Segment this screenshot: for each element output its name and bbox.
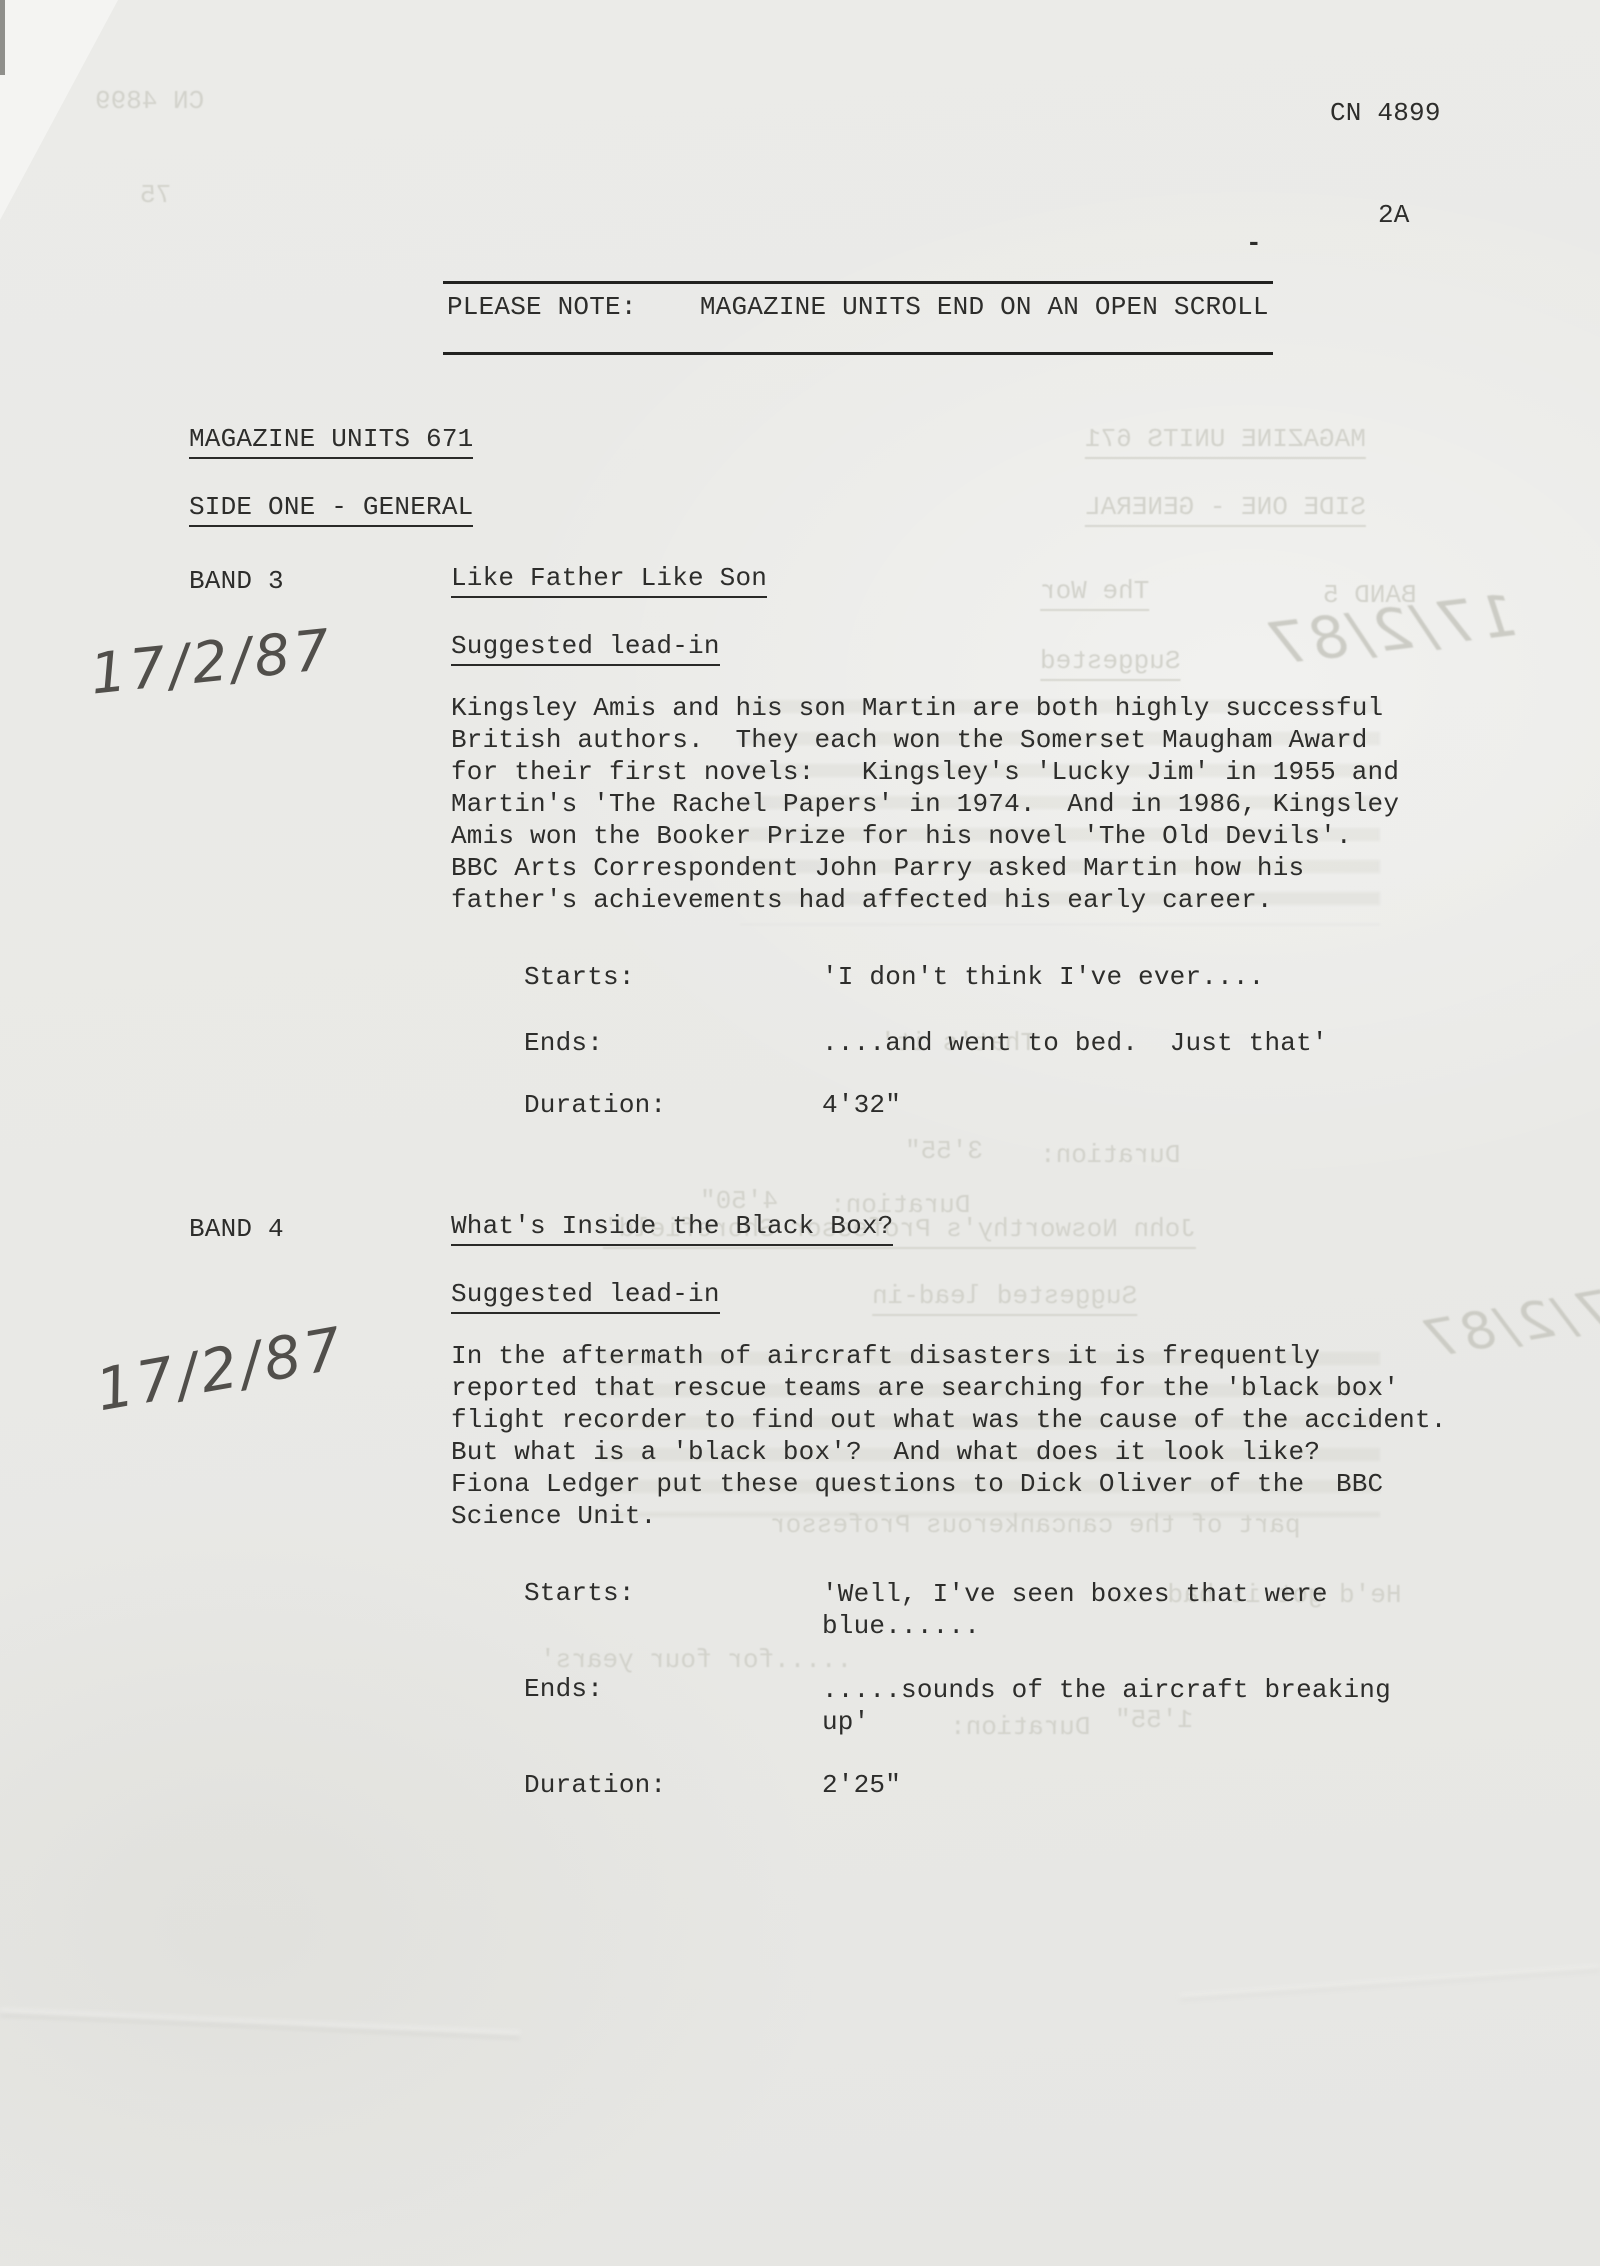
starts-value: 'I don't think I've ever.... — [822, 962, 1264, 992]
bleedthrough-text: .....for four years' — [540, 1645, 852, 1675]
bleedthrough-text: MAGAZINE UNITS 671 — [1085, 424, 1366, 459]
paper-crease — [0, 2009, 520, 2040]
page-label: 2A — [1378, 200, 1410, 230]
band-title: What's Inside the Black Box? — [451, 1211, 893, 1246]
lead-in-heading: Suggested lead-in — [451, 631, 720, 666]
bleedthrough-handwriting: 17/2/87 — [1262, 581, 1520, 679]
lead-in-heading: Suggested lead-in — [451, 1279, 720, 1314]
side-title: SIDE ONE - GENERAL — [189, 492, 473, 527]
duration-value: 4'32" — [822, 1090, 901, 1120]
horizontal-rule-bottom — [443, 352, 1273, 355]
bleedthrough-text: Suggested lead-in — [872, 1281, 1137, 1316]
bleedthrough-text: CN 4899 — [95, 86, 204, 116]
ends-label: Ends: — [524, 1028, 603, 1058]
starts-label: Starts: — [524, 962, 635, 992]
bleedthrough-text: Suggested — [1040, 646, 1180, 681]
dash-mark: - — [1246, 228, 1262, 258]
lead-in-paragraph: Kingsley Amis and his son Martin are bot… — [451, 692, 1399, 916]
band-title: Like Father Like Son — [451, 563, 767, 598]
duration-value: 2'25" — [822, 1770, 901, 1800]
reference-number: CN 4899 — [1330, 98, 1441, 128]
band-label: BAND 3 — [189, 566, 284, 596]
scanned-document-page: CN 4899 75 MAGAZINE UNITS 671 SIDE ONE -… — [0, 0, 1600, 2266]
duration-label: Duration: — [524, 1770, 666, 1800]
handwritten-date: 17/2/87 — [87, 617, 336, 707]
series-title: MAGAZINE UNITS 671 — [189, 424, 473, 459]
bleedthrough-text: The Wor — [1040, 576, 1149, 611]
bleedthrough-text: Duration: — [1040, 1140, 1180, 1170]
starts-value: 'Well, I've seen boxes that were blue...… — [822, 1578, 1328, 1642]
ends-value: .....sounds of the aircraft breaking up' — [822, 1674, 1391, 1738]
ends-value: ....and went to bed. Just that' — [822, 1028, 1328, 1058]
scan-edge-artifact — [0, 0, 5, 75]
lead-in-paragraph: In the aftermath of aircraft disasters i… — [451, 1340, 1447, 1532]
ends-label: Ends: — [524, 1674, 603, 1704]
paper-crease — [1180, 1965, 1599, 2000]
bleedthrough-text: SIDE ONE - GENERAL — [1085, 492, 1366, 527]
duration-label: Duration: — [524, 1090, 666, 1120]
notice-line: PLEASE NOTE: MAGAZINE UNITS END ON AN OP… — [447, 292, 1269, 322]
band-label: BAND 4 — [189, 1214, 284, 1244]
starts-label: Starts: — [524, 1578, 635, 1608]
bleedthrough-text: 75 — [140, 180, 171, 210]
handwritten-date: 17/2/87 — [91, 1314, 351, 1425]
horizontal-rule-top — [443, 281, 1273, 284]
bleedthrough-text: 3'55" — [905, 1136, 983, 1166]
